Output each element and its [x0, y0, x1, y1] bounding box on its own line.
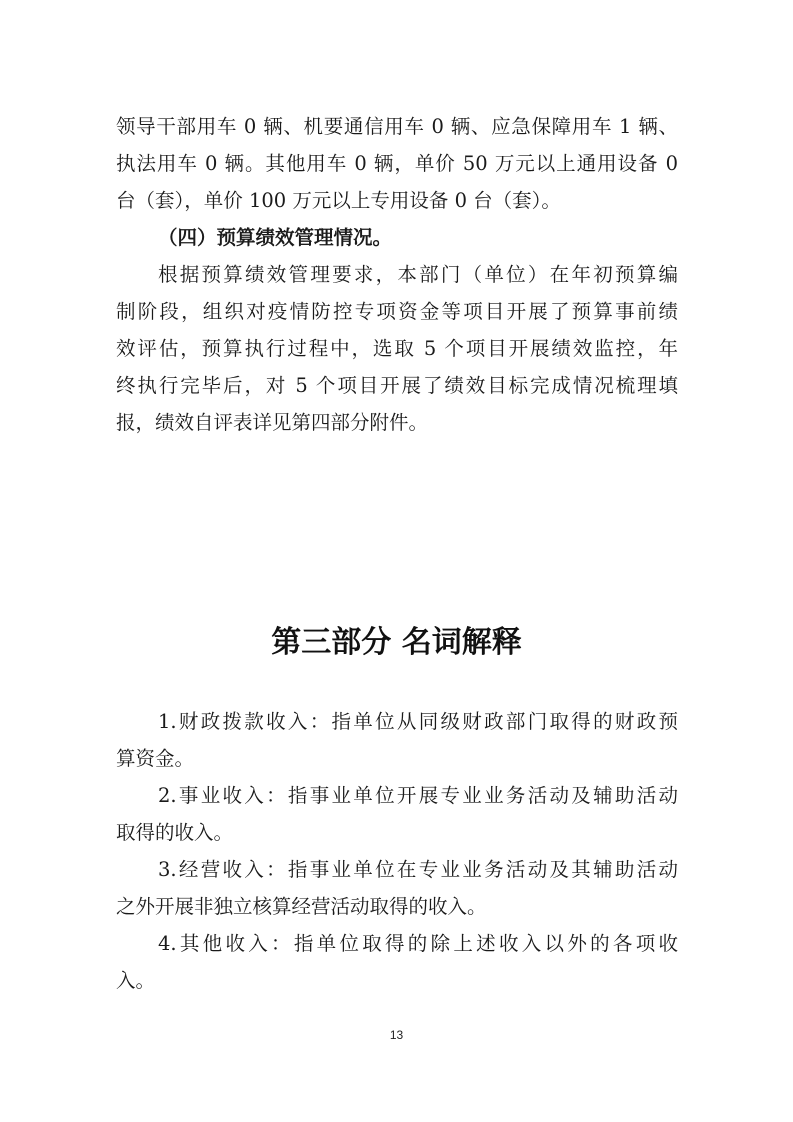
definition-line: 3.经营收入：指事业单位在专业业务活动及其辅助活动 — [158, 854, 678, 882]
text-line: 制阶段，组织对疫情防控专项资金等项目开展了预算事前绩 — [116, 296, 678, 324]
definition-line: 之外开展非独立核算经营活动取得的收入。 — [116, 891, 678, 919]
definition-line: 2.事业收入：指事业单位开展专业业务活动及辅助活动 — [158, 780, 678, 808]
page-number: 13 — [0, 1028, 793, 1042]
definition-line: 1.财政拨款收入：指单位从同级财政部门取得的财政预 — [158, 706, 678, 734]
text-line: 执法用车 0 辆。其他用车 0 辆，单价 50 万元以上通用设备 0 — [116, 148, 678, 176]
definition-line: 算资金。 — [116, 743, 678, 771]
text-line: 终执行完毕后，对 5 个项目开展了绩效目标完成情况梳理填 — [116, 370, 678, 398]
part-heading: 第三部分 名词解释 — [0, 617, 793, 661]
definition-line: 入。 — [116, 965, 678, 993]
definition-line: 4.其他收入：指单位取得的除上述收入以外的各项收 — [158, 928, 678, 956]
subsection-title: （四）预算绩效管理情况。 — [158, 222, 678, 250]
text-line: 根据预算绩效管理要求，本部门（单位）在年初预算编 — [158, 259, 678, 287]
definition-line: 取得的收入。 — [116, 817, 678, 845]
text-line: 报，绩效自评表详见第四部分附件。 — [116, 407, 678, 435]
text-line: 效评估，预算执行过程中，选取 5 个项目开展绩效监控，年 — [116, 333, 678, 361]
text-line: 台（套），单价 100 万元以上专用设备 0 台（套）。 — [116, 185, 678, 213]
text-line: 领导干部用车 0 辆、机要通信用车 0 辆、应急保障用车 1 辆、 — [116, 111, 678, 139]
